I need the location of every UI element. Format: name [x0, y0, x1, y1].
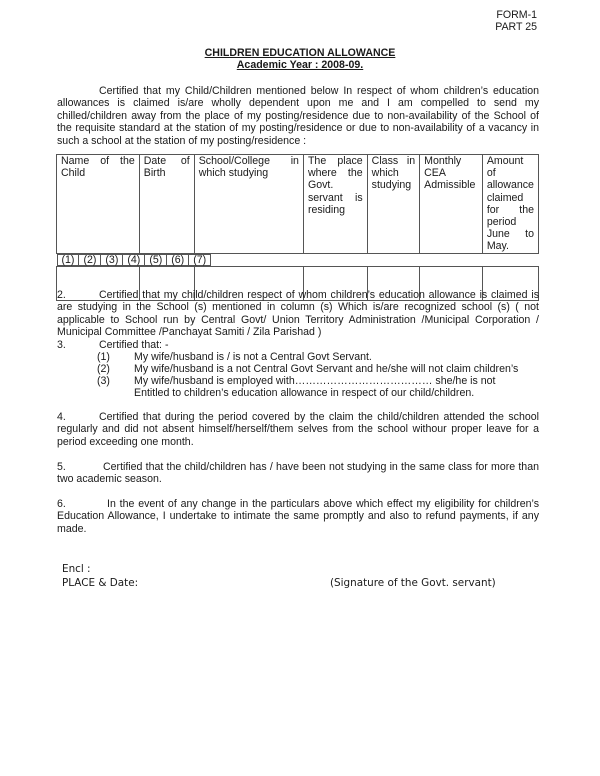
- item-text: My wife/husband is employed with………………………: [134, 375, 495, 387]
- item-number: (2): [97, 363, 134, 375]
- clause-3-item: (3)My wife/husband is employed with………………: [97, 375, 537, 400]
- column-number: (6): [167, 254, 189, 265]
- item-text: My wife/husband is / is not a Central Go…: [134, 351, 372, 363]
- signature-label: (Signature of the Govt. servant): [330, 577, 496, 590]
- clause-text: Certified that: -: [99, 339, 168, 351]
- document-title: CHILDREN EDUCATION ALLOWANCE Academic Ye…: [0, 47, 600, 71]
- item-number: (3): [97, 375, 134, 387]
- column-number: (5): [145, 254, 167, 265]
- column-number: (2): [79, 254, 101, 265]
- item-text: My wife/husband is a not Central Govt Se…: [134, 363, 518, 375]
- column-number: (1): [57, 254, 79, 265]
- column-header: Name of the Child: [57, 155, 140, 254]
- column-header: Amount of allowance claimed for the peri…: [482, 155, 538, 254]
- item-number: (1): [97, 351, 134, 363]
- enclosures-label: Encl :: [62, 563, 91, 576]
- clause-text: Certified that during the period covered…: [57, 411, 539, 448]
- form-part: PART 25: [495, 21, 537, 33]
- column-number: (3): [101, 254, 123, 265]
- form-number: FORM-1 PART 25: [495, 9, 537, 33]
- title-heading: CHILDREN EDUCATION ALLOWANCE: [0, 47, 600, 59]
- clause-2: 2.Certified that my child/children respe…: [57, 289, 539, 339]
- clause-number: 6.: [57, 498, 107, 510]
- clause-6: 6.In the event of any change in the part…: [57, 498, 539, 535]
- clause-number: 3.: [57, 339, 99, 351]
- column-header: The place where the Govt. servant is res…: [303, 155, 367, 254]
- column-number: (4): [123, 254, 145, 265]
- column-header: Monthly CEA Admissible: [420, 155, 483, 254]
- clause-3: 3.Certified that: -: [57, 339, 539, 351]
- table-header-row: Name of the Child Date of Birth School/C…: [57, 155, 539, 254]
- place-date-label: PLACE & Date:: [62, 577, 138, 590]
- children-details-table: Name of the Child Date of Birth School/C…: [56, 154, 539, 301]
- clause-text: Certified that my child/children respect…: [57, 289, 539, 338]
- column-header: School/College in which studying: [194, 155, 303, 254]
- clause-3-item: (2)My wife/husband is a not Central Govt…: [97, 363, 537, 375]
- clause-number: 2.: [57, 289, 99, 301]
- column-header: Class in which studying: [367, 155, 419, 254]
- clause-text: In the event of any change in the partic…: [57, 498, 539, 535]
- clause-4: 4.Certified that during the period cover…: [57, 411, 539, 448]
- item-continuation: Entitled to children’s education allowan…: [97, 387, 537, 399]
- column-number: (7): [189, 254, 211, 265]
- academic-year: Academic Year : 2008-09.: [0, 59, 600, 71]
- clause-3-item: (1)My wife/husband is / is not a Central…: [97, 351, 537, 363]
- form-id: FORM-1: [495, 9, 537, 21]
- clause-text: Certified that the child/children has / …: [57, 461, 539, 485]
- column-header: Date of Birth: [139, 155, 194, 254]
- clause-number: 4.: [57, 411, 99, 423]
- intro-paragraph: Certified that my Child/Children mention…: [57, 85, 539, 147]
- clause-5: 5.Certified that the child/children has …: [57, 461, 539, 486]
- clause-number: 5.: [57, 461, 103, 473]
- column-number-row: (1) (2) (3) (4) (5) (6) (7): [57, 254, 99, 266]
